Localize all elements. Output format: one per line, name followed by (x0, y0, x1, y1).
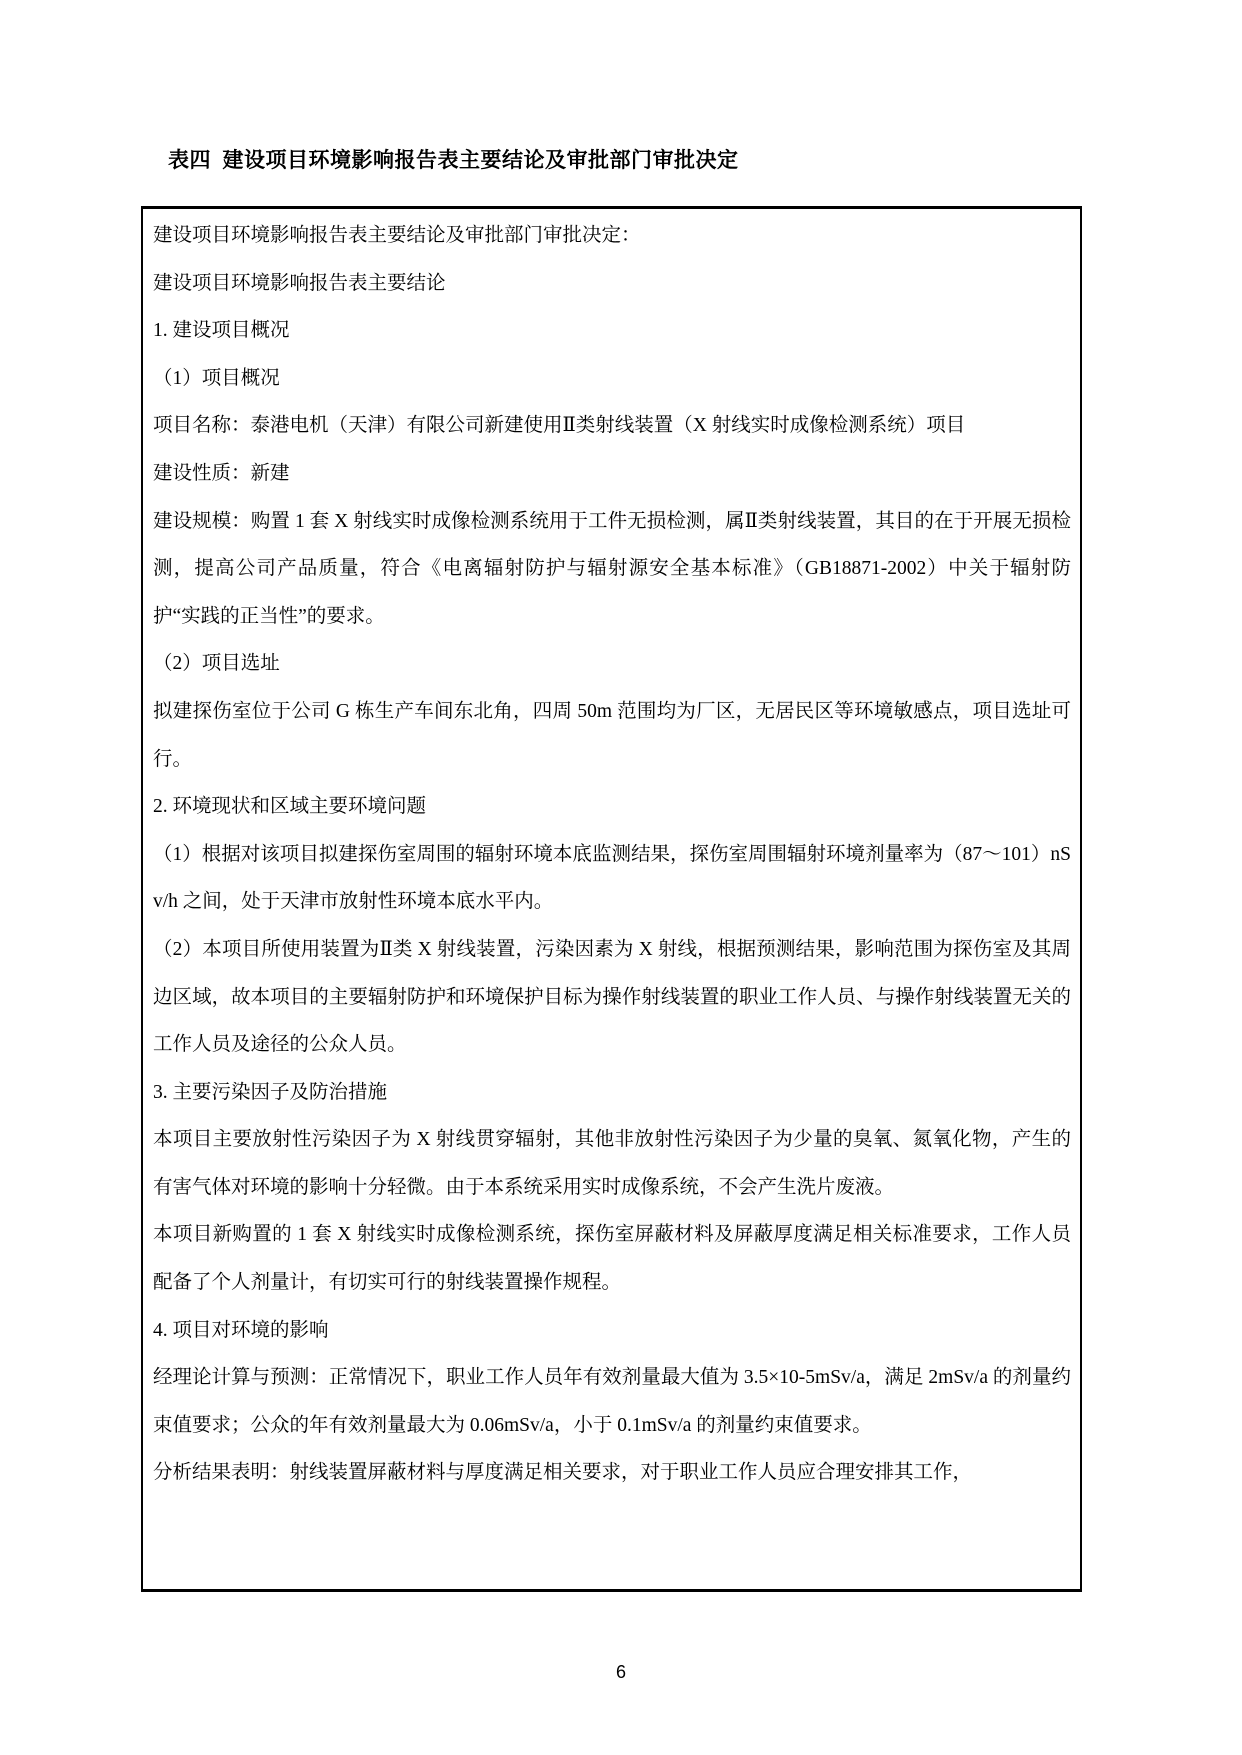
page-title: 表四 建设项目环境影响报告表主要结论及审批部门审批决定 (168, 144, 739, 174)
paragraph-shielding: 本项目新购置的 1 套 X 射线实时成像检测系统，探伤室屏蔽材料及屏蔽厚度满足相… (153, 1211, 1071, 1306)
paragraph-dose-prediction: 经理论计算与预测：正常情况下，职业工作人员年有效剂量最大值为 3.5×10-5m… (153, 1354, 1071, 1449)
paragraph-section-1: 1. 建设项目概况 (153, 307, 1071, 355)
paragraph-section-1-2: （2）项目选址 (153, 640, 1071, 688)
report-conclusion-table: 建设项目环境影响报告表主要结论及审批部门审批决定： 建设项目环境影响报告表主要结… (141, 206, 1082, 1592)
paragraph-env-baseline: （1）根据对该项目拟建探伤室周围的辐射环境本底监测结果，探伤室周围辐射环境剂量率… (153, 831, 1071, 926)
paragraph-device-class: （2）本项目所使用装置为Ⅱ类 X 射线装置，污染因素为 X 射线，根据预测结果，… (153, 926, 1071, 1069)
paragraph-project-name: 项目名称：泰港电机（天津）有限公司新建使用Ⅱ类射线装置（X 射线实时成像检测系统… (153, 402, 1071, 450)
paragraph-section-1-1: （1）项目概况 (153, 355, 1071, 403)
paragraph-site-selection: 拟建探伤室位于公司 G 栋生产车间东北角，四周 50m 范围均为厂区，无居民区等… (153, 688, 1071, 783)
page-number: 6 (0, 1662, 1242, 1683)
paragraph-analysis-result: 分析结果表明：射线装置屏蔽材料与厚度满足相关要求，对于职业工作人员应合理安排其工… (153, 1449, 1071, 1497)
paragraph-decision-header: 建设项目环境影响报告表主要结论及审批部门审批决定： (153, 212, 1071, 260)
paragraph-pollution-factors: 本项目主要放射性污染因子为 X 射线贯穿辐射，其他非放射性污染因子为少量的臭氧、… (153, 1116, 1071, 1211)
paragraph-section-2: 2. 环境现状和区域主要环境问题 (153, 783, 1071, 831)
paragraph-conclusion-header: 建设项目环境影响报告表主要结论 (153, 260, 1071, 308)
paragraph-section-3: 3. 主要污染因子及防治措施 (153, 1069, 1071, 1117)
paragraph-section-4: 4. 项目对环境的影响 (153, 1307, 1071, 1355)
paragraph-construction-scale: 建设规模：购置 1 套 X 射线实时成像检测系统用于工件无损检测，属Ⅱ类射线装置… (153, 498, 1071, 641)
paragraph-construction-nature: 建设性质：新建 (153, 450, 1071, 498)
